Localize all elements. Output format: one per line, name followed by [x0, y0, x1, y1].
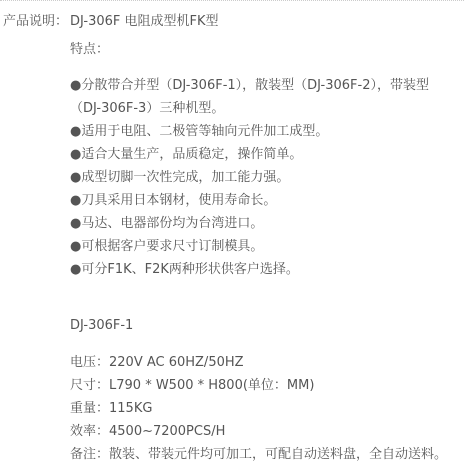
spec-dimensions: 尺寸：L790 * W500 * H800(单位：MM) [70, 374, 460, 397]
feature-item: ●适用于电阻、二极管等轴向元件加工成型。 [70, 120, 460, 143]
product-description-content: DJ-306F 电阻成型机FK型 特点： ●分散带合并型（DJ-306F-1），… [70, 10, 464, 466]
feature-item: ●适合大量生产，品质稳定，操作简单。 [70, 143, 460, 166]
model-name: DJ-306F-1 [70, 314, 460, 337]
feature-item: ●成型切脚一次性完成，加工能力强。 [70, 166, 460, 189]
spec-remarks: 备注：散装、带装元件均可加工，可配自动送料盘，全自动送料。 [70, 443, 460, 466]
product-description-page: 产品说明： DJ-306F 电阻成型机FK型 特点： ●分散带合并型（DJ-30… [0, 0, 464, 472]
spec-voltage: 电压：220V AC 60HZ/50HZ [70, 351, 460, 374]
specs-list: 电压：220V AC 60HZ/50HZ 尺寸：L790 * W500 * H8… [70, 351, 460, 466]
feature-item: ●马达、电器部份均为台湾进口。 [70, 212, 460, 235]
feature-item: ●可分F1K、F2K两种形状供客户选择。 [70, 258, 460, 281]
feature-item: ●分散带合并型（DJ-306F-1），散装型（DJ-306F-2），带装型（DJ… [70, 74, 460, 120]
features-heading: 特点： [70, 38, 460, 61]
spec-weight: 重量：115KG [70, 397, 460, 420]
feature-item: ●可根据客户要求尺寸订制模具。 [70, 235, 460, 258]
product-description-label: 产品说明： [0, 10, 70, 466]
features-list: ●分散带合并型（DJ-306F-1），散装型（DJ-306F-2），带装型（DJ… [70, 74, 460, 281]
spec-efficiency: 效率：4500~7200PCS/H [70, 420, 460, 443]
product-description-row: 产品说明： DJ-306F 电阻成型机FK型 特点： ●分散带合并型（DJ-30… [0, 1, 464, 466]
feature-item: ●刀具采用日本钢材，使用寿命长。 [70, 189, 460, 212]
product-title: DJ-306F 电阻成型机FK型 [70, 10, 460, 33]
